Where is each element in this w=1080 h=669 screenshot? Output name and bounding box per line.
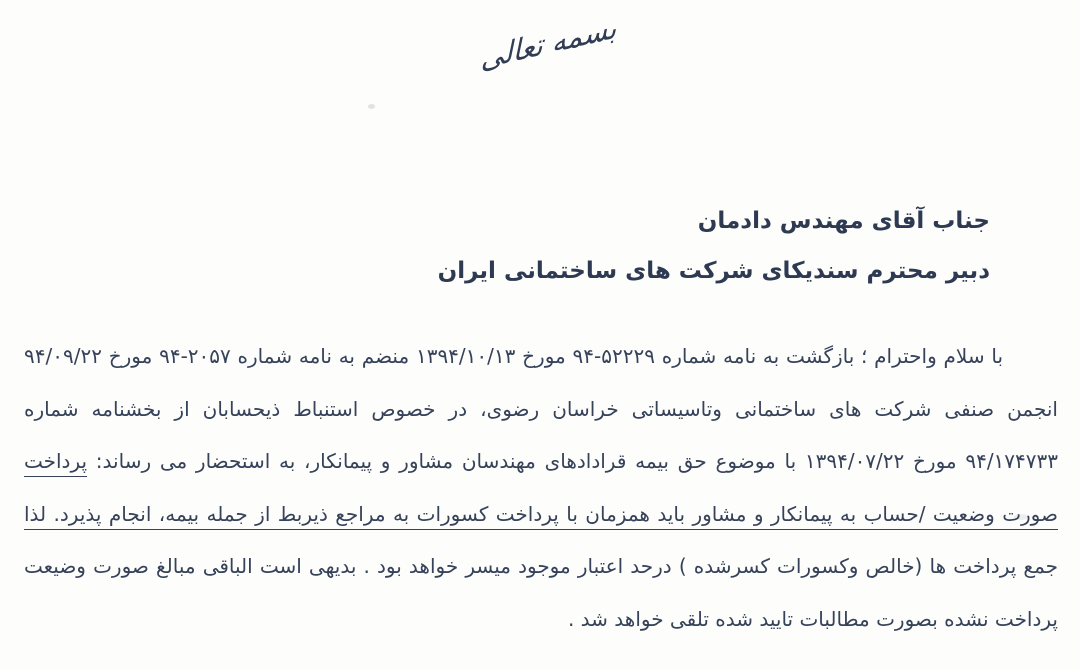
recipient-title: دبیر محترم سندیکای شرکت های ساختمانی ایر… [438, 246, 990, 296]
body-line-3-underlined-word: پرداخت [24, 449, 87, 473]
body-line-4: صورت وضعیت /حساب به پیمانکار و مشاور بای… [24, 488, 1058, 541]
letter-body: با سلام واحترام ؛ بازگشت به نامه شماره ۵… [24, 330, 1058, 645]
recipient-name: جناب آقای مهندس دادمان [438, 196, 990, 246]
body-line-3: ۹۴/۱۷۴۷۳۳ مورخ ۱۳۹۴/۰۷/۲۲ با موضوع حق بی… [24, 435, 1058, 488]
body-line-5: جمع پرداخت ها (خالص وکسورات کسرشده ) درح… [24, 540, 1058, 593]
scanned-letter-page: بسمه تعالی جناب آقای مهندس دادمان دبیر م… [0, 0, 1080, 669]
body-line-3-text: ۹۴/۱۷۴۷۳۳ مورخ ۱۳۹۴/۰۷/۲۲ با موضوع حق بی… [96, 449, 1058, 473]
recipient-block: جناب آقای مهندس دادمان دبیر محترم سندیکا… [438, 196, 990, 296]
body-line-1: با سلام واحترام ؛ بازگشت به نامه شماره ۵… [24, 330, 1058, 383]
bismillah-calligraphy: بسمه تعالی [480, 10, 616, 76]
scan-speck [368, 104, 375, 109]
body-line-2: انجمن صنفی شرکت های ساختمانی وتاسیساتی خ… [24, 383, 1058, 436]
body-line-6: پرداخت نشده بصورت مطالبات تایید شده تلقی… [24, 593, 1058, 646]
body-line-4-underlined-text: صورت وضعیت /حساب به پیمانکار و مشاور بای… [24, 502, 1058, 526]
